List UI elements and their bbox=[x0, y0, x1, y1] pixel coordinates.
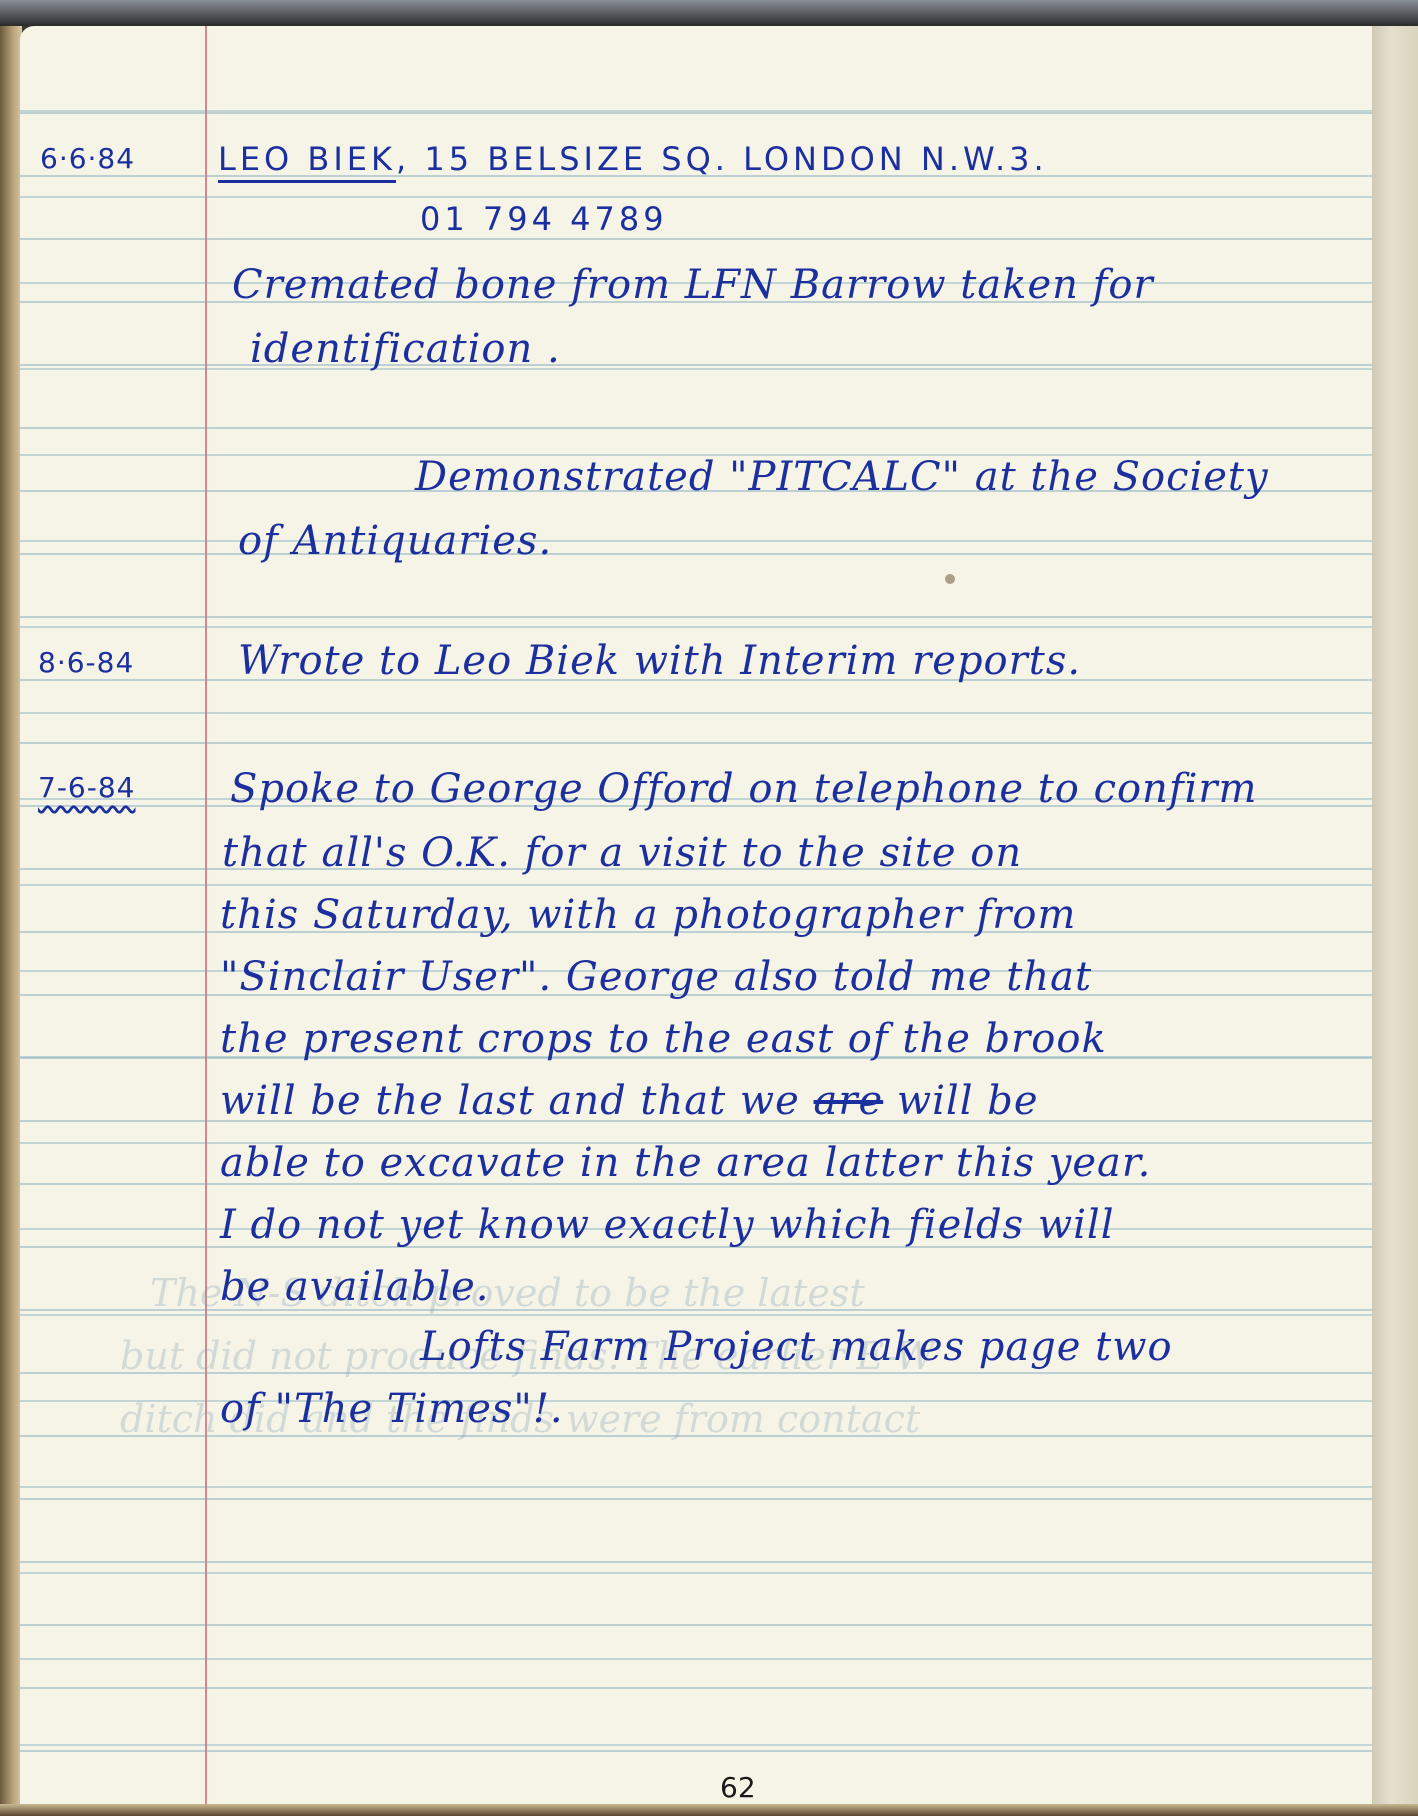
struck-word: are bbox=[814, 1078, 884, 1124]
entry-line: this Saturday, with a photographer from bbox=[220, 892, 1076, 938]
entry-line: Wrote to Leo Biek with Interim reports. bbox=[238, 638, 1081, 684]
entry-line: Spoke to George Offord on telephone to c… bbox=[230, 766, 1257, 812]
notebook-spine bbox=[0, 26, 22, 1816]
entry-line: of Antiquaries. bbox=[238, 518, 552, 564]
entry-date: 7-6-84 bbox=[38, 771, 135, 804]
entry-line: I do not yet know exactly which fields w… bbox=[220, 1202, 1115, 1248]
entry-line: will be the last and that we are will be bbox=[220, 1078, 1039, 1124]
contact-name: LEO BIEK bbox=[218, 140, 396, 183]
entry-line: the present crops to the east of the bro… bbox=[220, 1016, 1107, 1062]
red-margin-line bbox=[205, 26, 207, 1804]
entry-line: of "The Times"!. bbox=[220, 1386, 564, 1432]
entry-line: be available. bbox=[220, 1264, 490, 1310]
notebook-page: The N-S ditch proved to be the latest bu… bbox=[20, 26, 1372, 1804]
entry-date: 8·6-84 bbox=[38, 646, 134, 679]
phone-number: 01 794 4789 bbox=[420, 200, 668, 238]
page-number: 62 bbox=[720, 1771, 756, 1804]
contact-address: , 15 BELSIZE SQ. LONDON N.W.3. bbox=[396, 140, 1048, 178]
entry-line: Demonstrated "PITCALC" at the Society bbox=[415, 454, 1269, 500]
entry-line: able to excavate in the area latter this… bbox=[220, 1140, 1151, 1186]
entry-line: identification . bbox=[250, 326, 561, 372]
entry-line: that all's O.K. for a visit to the site … bbox=[222, 830, 1022, 876]
entry-line: Lofts Farm Project makes page two bbox=[420, 1324, 1173, 1370]
ink-blot bbox=[945, 574, 955, 584]
entry-line: Cremated bone from LFN Barrow taken for bbox=[232, 262, 1154, 308]
entry-date: 6·6·84 bbox=[40, 142, 135, 175]
entry-line: "Sinclair User". George also told me tha… bbox=[220, 954, 1092, 1000]
adjacent-page-edge bbox=[1372, 26, 1418, 1804]
scan-bottom-edge bbox=[0, 1804, 1418, 1816]
entry-line: LEO BIEK, 15 BELSIZE SQ. LONDON N.W.3. bbox=[218, 140, 1048, 178]
scan-top-edge bbox=[0, 0, 1418, 26]
